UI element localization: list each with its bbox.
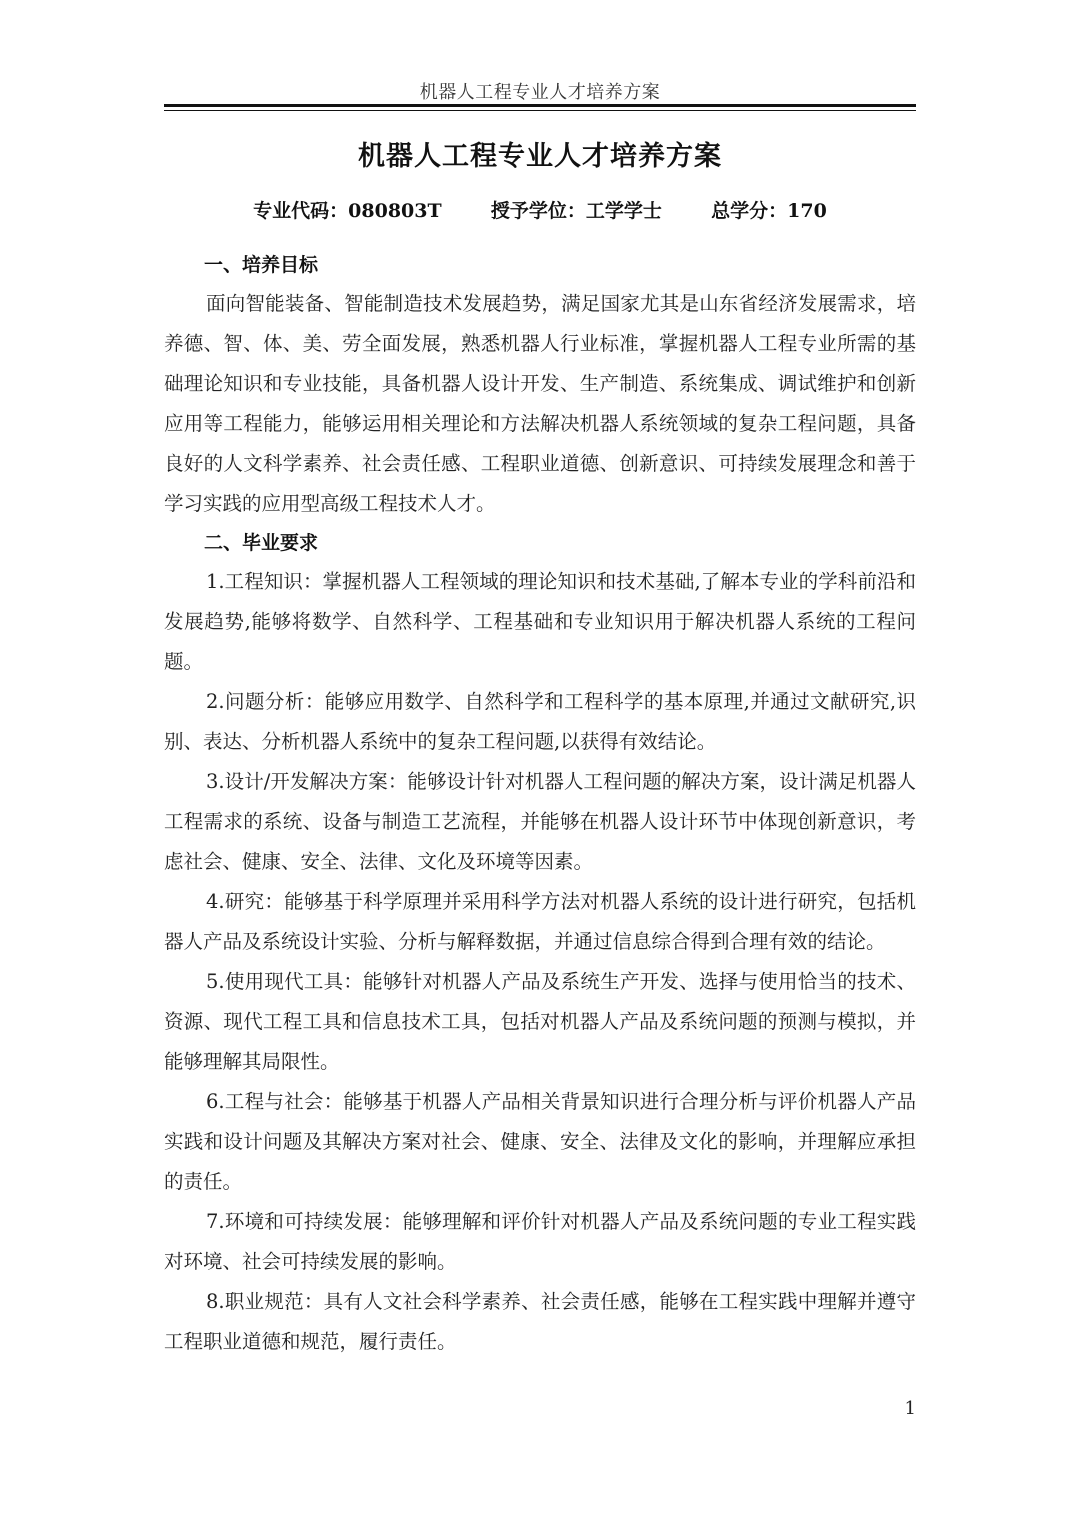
document-body: 一、培养目标 面向智能装备、智能制造技术发展趋势，满足国家尤其是山东省经济发展需… [164,246,916,1362]
requirement-item-4: 4.研究：能够基于科学原理并采用科学方法对机器人系统的设计进行研究，包括机器人产… [164,882,916,962]
running-header: 机器人工程专业人才培养方案 [164,78,916,104]
document-title: 机器人工程专业人才培养方案 [164,134,916,173]
section-heading-objectives: 一、培养目标 [164,246,916,284]
page-number: 1 [164,1398,916,1419]
requirement-item-1: 1.工程知识：掌握机器人工程领域的理论知识和技术基础,了解本专业的学科前沿和发展… [164,562,916,682]
requirement-item-6: 6.工程与社会：能够基于机器人产品相关背景知识进行合理分析与评价机器人产品实践和… [164,1082,916,1202]
requirement-item-2: 2.问题分析：能够应用数学、自然科学和工程科学的基本原理,并通过文献研究,识别、… [164,682,916,762]
requirement-item-7: 7.环境和可持续发展：能够理解和评价针对机器人产品及系统问题的专业工程实践对环境… [164,1202,916,1282]
major-code: 专业代码：080803T [253,196,441,223]
objectives-paragraph: 面向智能装备、智能制造技术发展趋势，满足国家尤其是山东省经济发展需求，培养德、智… [164,284,916,524]
degree-awarded: 授予学位：工学学士 [491,196,662,223]
total-credits: 总学分：170 [711,196,827,223]
program-meta-line: 专业代码：080803T 授予学位：工学学士 总学分：170 [164,196,916,223]
header-double-rule [164,104,916,111]
requirement-item-8: 8.职业规范：具有人文社会科学素养、社会责任感，能够在工程实践中理解并遵守工程职… [164,1282,916,1362]
section-heading-requirements: 二、毕业要求 [164,524,916,562]
requirement-item-3: 3.设计/开发解决方案：能够设计针对机器人工程问题的解决方案，设计满足机器人工程… [164,762,916,882]
requirement-item-5: 5.使用现代工具：能够针对机器人产品及系统生产开发、选择与使用恰当的技术、资源、… [164,962,916,1082]
